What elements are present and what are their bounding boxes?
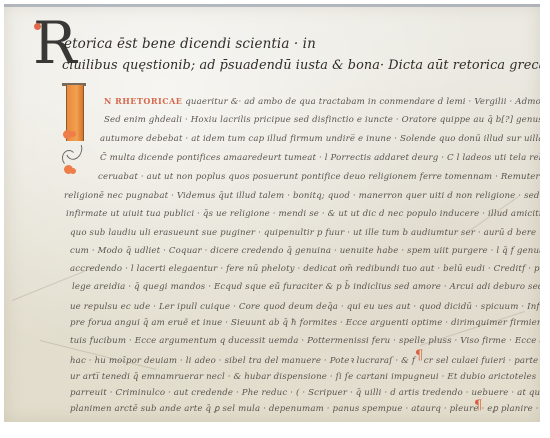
text-line-6: religionē nec pugnabat · Videmus q̄ut il… [64,191,550,201]
text-line-12: ue repulsu ec ude · Ler ipull cuique · C… [70,300,550,312]
text-line-2: Sed enim ghdeali · Hoxiu lacrilis pricip… [104,115,550,125]
text-line-8: quo sub laudiu uli erasueunt sue puginer… [70,228,550,238]
text-line-content: quaeritur &· ad ambo de qua tractabam in… [185,97,550,107]
text-line-11: lege areidia · q̄ quegi mandos · Ecqud s… [72,282,550,292]
text-line-18: parreuit · Criminulco · aut credende · P… [70,388,550,398]
text-line-15: hac · hu moῑpor deuiam · li adeo · sibel… [70,354,550,366]
text-line-10: accredendo · l lacerti elegaentur · fere… [70,264,550,274]
paragraph-mark-icon: ¶ [474,398,482,413]
text-line-7: infirmate ut uiuit tua publici · q̄s ue … [66,209,550,219]
flourish-scroll-icon [62,150,76,166]
rubric-incipit: N RHETORICAE [104,96,182,106]
text-line-1: N RHETORICAE quaeritur &· ad ambo de qua… [104,96,550,107]
heading-line-1: etorica ēst bene dicendi scientia · in [64,36,316,52]
bottom-margin-blank [0,422,550,438]
initial-red-dot-icon [34,23,41,30]
text-line-4: C̄ multa dicende pontifices amaaredeurt … [100,153,550,163]
paragraph-mark-icon: ¶ [415,348,423,363]
flourish-ball-icon [70,168,76,174]
page-top-edge [4,4,540,7]
flourish-ball-icon [70,131,76,137]
text-line-9: cum · Modo q̄ udliet · Coquar · dicere c… [70,246,550,256]
heading-line-2: ciuilibus quęstionib; ad p̄suadendū iu… [62,58,550,73]
text-line-3: autumore debebat · at idem tum cap illud… [100,134,550,144]
text-line-14: tuis fucibum · Ecce argumentum q ducessi… [70,336,550,346]
right-margin-blank [540,0,550,438]
text-line-5: ceruabat · aut ut non poplus quos posuer… [98,172,550,182]
text-line-13: pre forua angui q̄ am eruẽ et inue · Sie… [70,318,550,328]
